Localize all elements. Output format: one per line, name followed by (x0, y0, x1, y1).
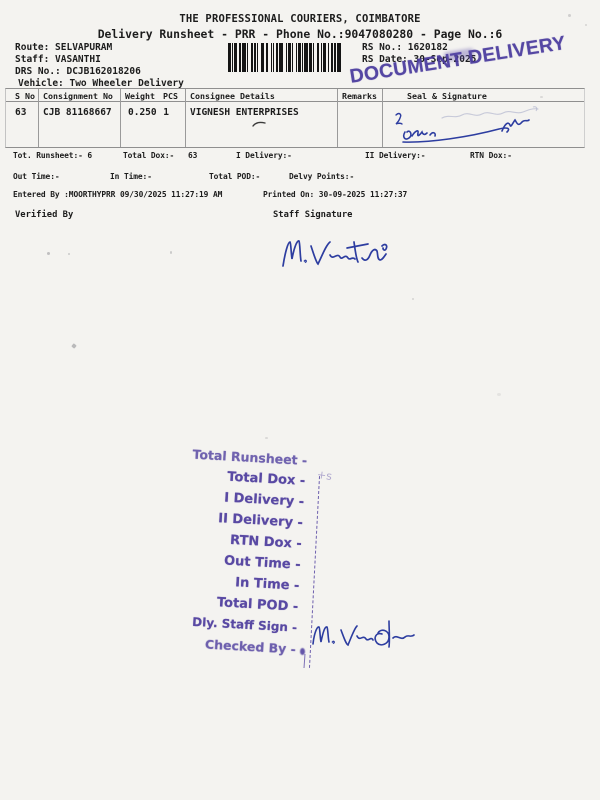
barcode-bar (337, 43, 341, 72)
company-title: THE PROFESSIONAL COURIERS, COIMBATORE (0, 13, 600, 25)
ii-delivery: II Delivery:- (365, 151, 425, 160)
drs-no-line: DRS No.: DCJB162018206 (15, 66, 141, 77)
receiver-signature (399, 114, 544, 148)
header-remarks: Remarks (338, 89, 382, 102)
paper-speck (170, 251, 172, 254)
cell-pcs: 1 (163, 107, 169, 147)
cell-weight-pcs: 0.250 1 (121, 102, 185, 147)
cell-sno: 63 (6, 102, 38, 147)
header-pcs: PCS (163, 91, 178, 101)
header-consignee: Consignee Details (186, 89, 337, 102)
route-line: Route: SELVAPURAM (15, 42, 112, 53)
printed-on: Printed On: 30-09-2025 11:27:37 (263, 190, 407, 199)
consignment-table: S No 63 Consignment No CJB 81168667 Weig… (5, 88, 585, 148)
cell-seal-signature (383, 102, 584, 147)
tot-runsheet: Tot. Runsheet:- 6 (13, 151, 92, 160)
column-sno: S No 63 (6, 89, 39, 147)
runsheet-totals-stamp: Total Runsheet -Total Dox -I Delivery -I… (181, 444, 307, 660)
in-time: In Time:- (110, 172, 152, 181)
paper-speck (71, 343, 77, 349)
paper-speck (540, 96, 543, 98)
staff-line: Staff: VASANTHI (15, 54, 101, 65)
header-weight: Weight (125, 91, 155, 101)
staff-signature-label: Staff Signature (273, 210, 352, 220)
verified-by-label: Verified By (15, 210, 73, 220)
staff-signature-ink (278, 233, 393, 275)
paper-speck (568, 14, 571, 17)
delvy-points: Delvy Points:- (289, 172, 354, 181)
paper-speck (265, 437, 268, 439)
header-weight-pcs: Weight PCS (121, 89, 185, 102)
total-pod: Total POD:- (209, 172, 260, 181)
total-dox-value: 63 (188, 151, 197, 160)
paper-speck (585, 24, 587, 26)
header-sno: S No (6, 89, 38, 102)
column-weight-pcs: Weight PCS 0.250 1 (121, 89, 186, 147)
cell-consignment: CJB 81168667 (39, 102, 120, 147)
stamp-faint-mark: +s (316, 468, 333, 483)
out-time: Out Time:- (13, 172, 60, 181)
entered-by: Entered By :MOORTHYPRR 09/30/2025 11:27:… (13, 190, 222, 199)
runsheet-barcode (228, 43, 359, 72)
paper-speck (412, 298, 414, 300)
header-seal-signature: Seal & Signature (383, 89, 584, 102)
cell-weight: 0.250 (128, 107, 157, 147)
consignee-name: VIGNESH ENTERPRISES (190, 107, 299, 118)
column-seal-signature: Seal & Signature (383, 89, 584, 147)
cell-consignee: VIGNESH ENTERPRISES (186, 102, 337, 147)
pen-tick-mark (252, 120, 266, 128)
stamp-ink-tail (304, 654, 306, 668)
paper-speck (47, 252, 50, 255)
runsheet-subtitle: Delivery Runsheet - PRR - Phone No.:9047… (0, 27, 600, 41)
i-delivery: I Delivery:- (236, 151, 292, 160)
delivery-runsheet-document: THE PROFESSIONAL COURIERS, COIMBATORE De… (0, 0, 600, 800)
cell-remarks (338, 102, 382, 147)
column-consignment: Consignment No CJB 81168667 (39, 89, 121, 147)
dly-staff-signature-ink (305, 616, 425, 652)
paper-speck (497, 393, 501, 396)
column-consignee: Consignee Details VIGNESH ENTERPRISES (186, 89, 338, 147)
paper-speck (68, 253, 70, 255)
total-dox-label: Total Dox:- (123, 151, 174, 160)
rtn-dox: RTN Dox:- (470, 151, 512, 160)
header-consignment: Consignment No (39, 89, 120, 102)
column-remarks: Remarks (338, 89, 383, 147)
